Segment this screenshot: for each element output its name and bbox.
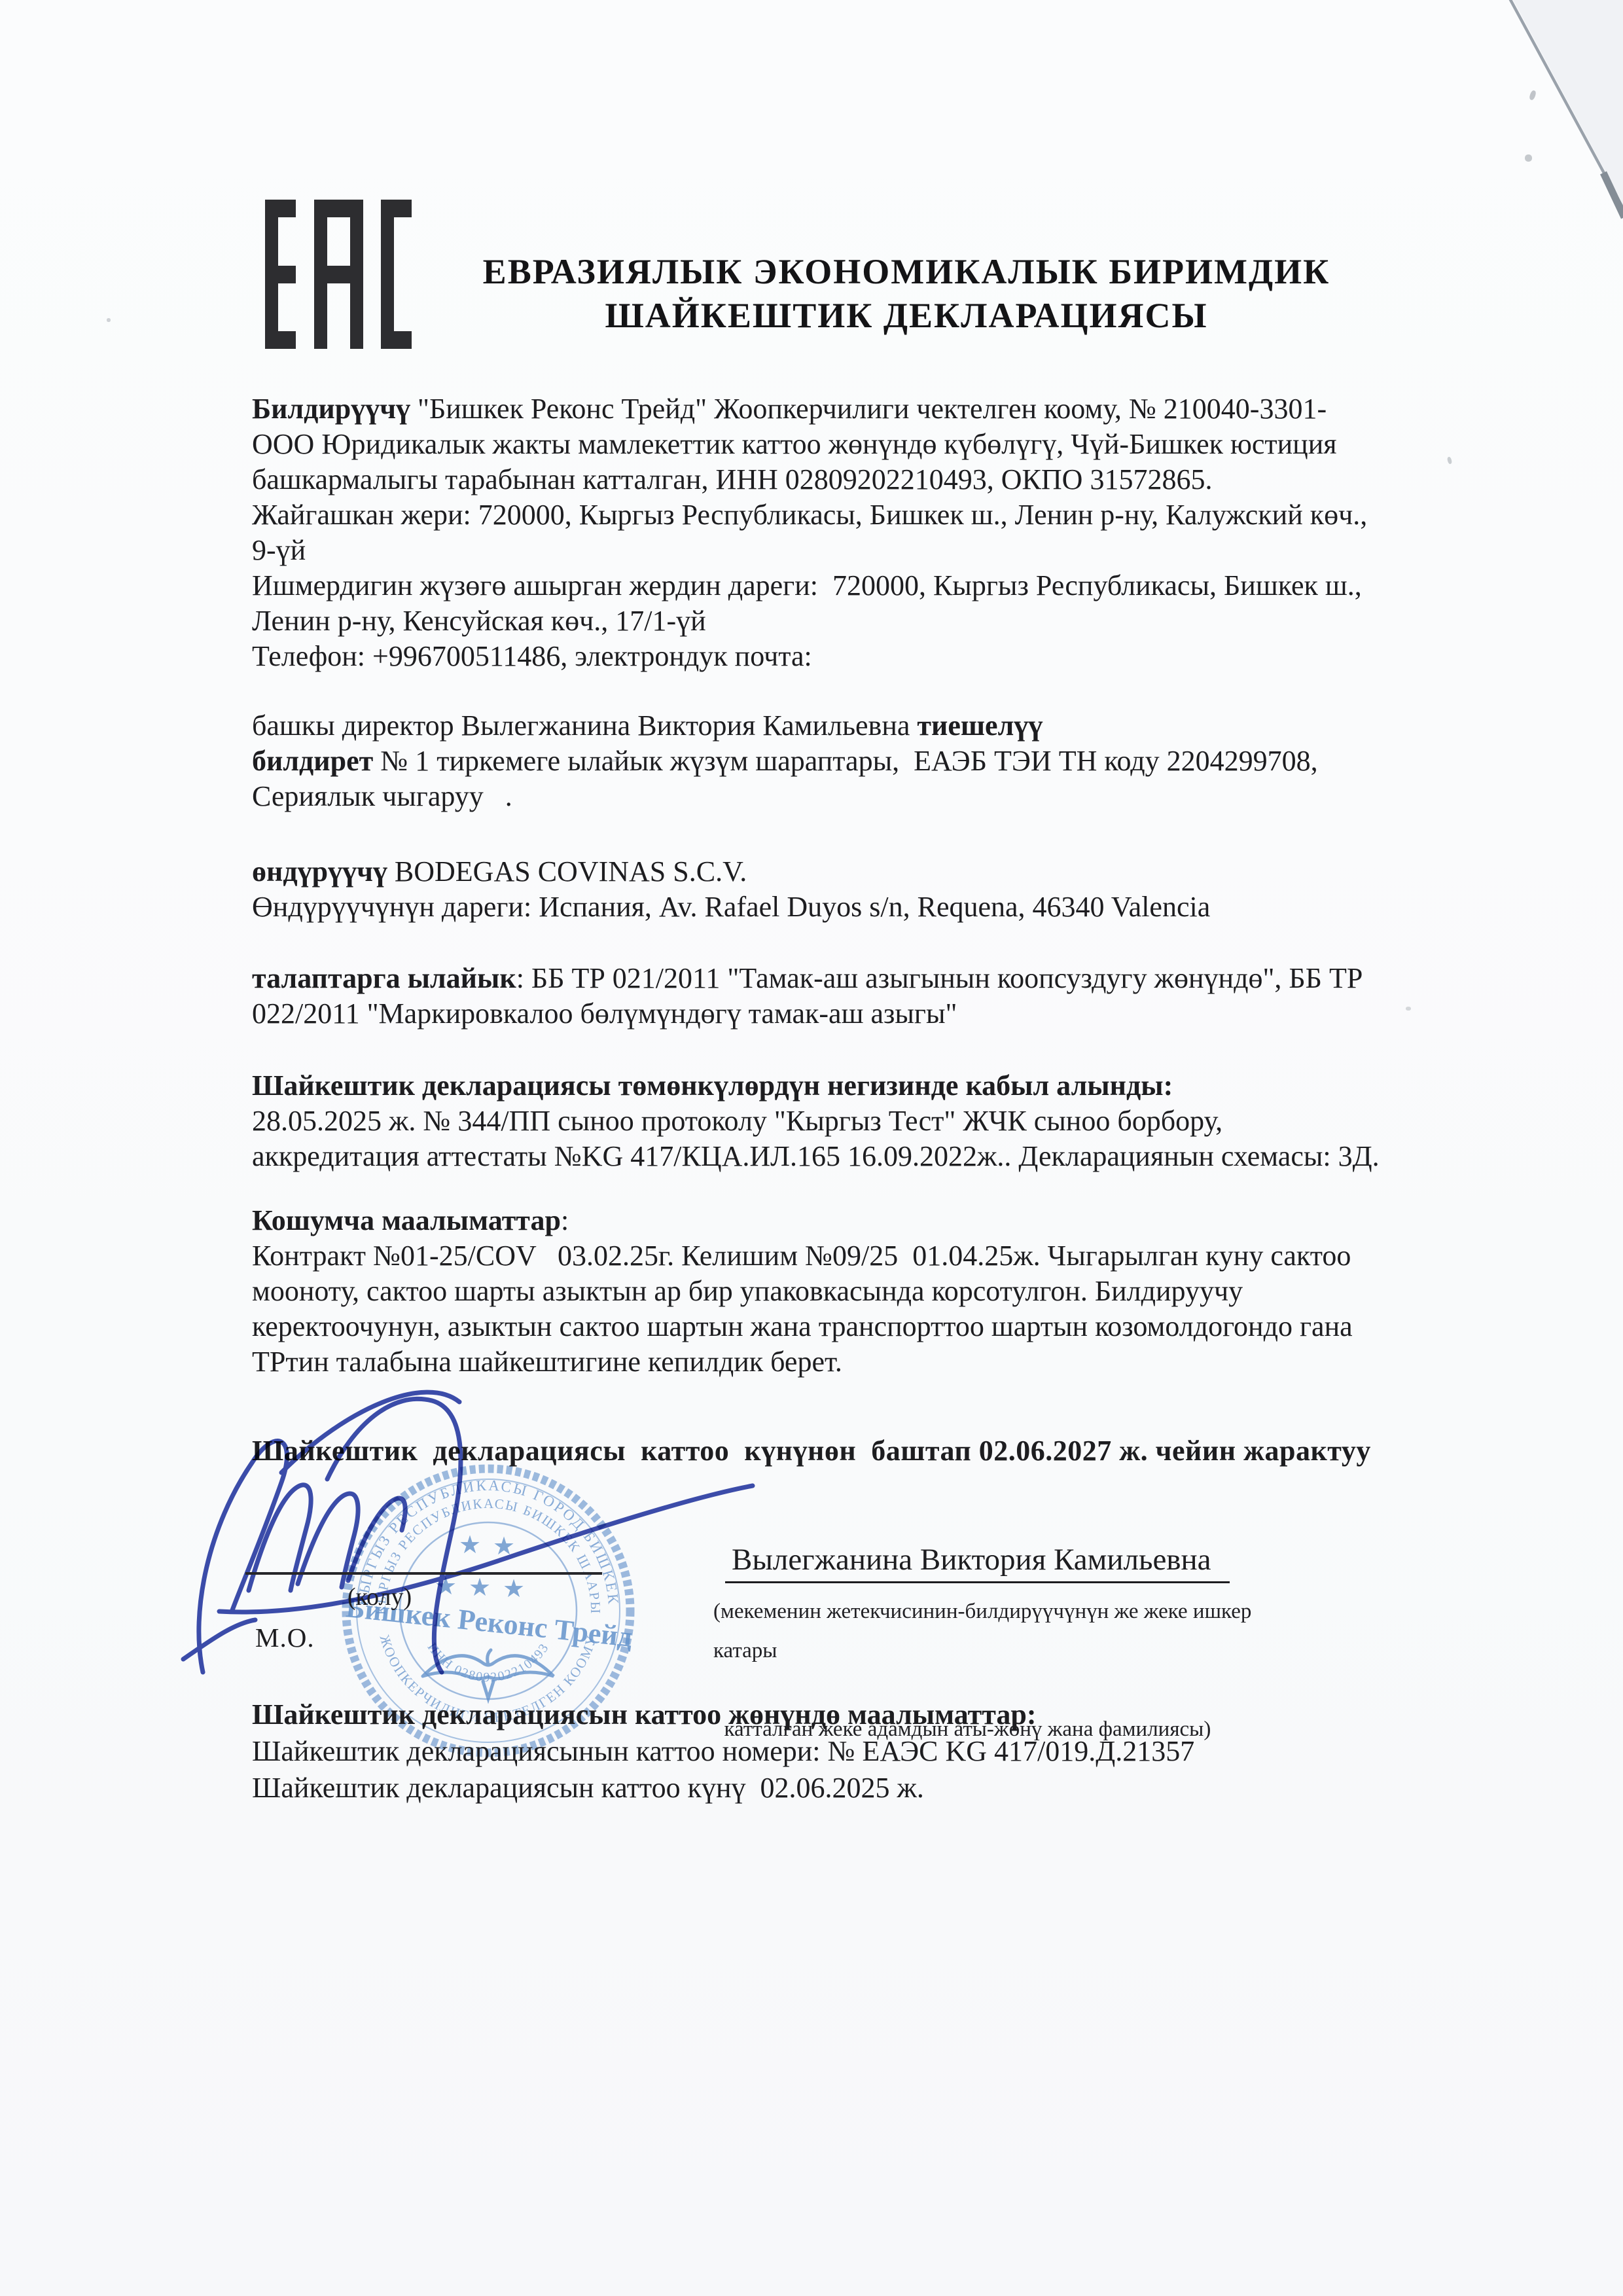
body-line: Телефон: +996700511486, электрондук почт… — [252, 639, 1436, 674]
body-line: башкы директор Вылегжанина Виктория Ками… — [252, 708, 1436, 744]
stamp-place-label: М.О. — [255, 1622, 315, 1653]
title-line-1: ЕВРАЗИЯЛЫК ЭКОНОМИКАЛЫК БИРИМДИК — [406, 250, 1407, 294]
signature-caption: (колу) — [308, 1583, 452, 1611]
body-line: 022/2011 "Маркировкалоо бөлүмүндөгү тама… — [252, 996, 1436, 1031]
body-line: мооноту, сактоо шарты азыктын ар бир упа… — [252, 1274, 1436, 1309]
declarant-name: Вылегжанина Виктория Камильевна — [725, 1542, 1230, 1583]
body-line: Кошумча маалыматтар: — [252, 1203, 1436, 1238]
scan-speck — [609, 759, 619, 762]
bold-run: Шайкештик декларациясын каттоо жөнүндө м… — [252, 1698, 1037, 1731]
signature-line — [245, 1572, 602, 1575]
bold-run: Шайкештик декларациясы төмөнкүлөрдүн нег… — [252, 1069, 1173, 1102]
basis-paragraph: Шайкештик декларациясы төмөнкүлөрдүн нег… — [252, 1068, 1436, 1174]
body-line: Ишмердигин жүзөгө ашырган жердин дареги:… — [252, 568, 1436, 603]
body-line: Жайгашкан жери: 720000, Кыргыз Республик… — [252, 497, 1436, 533]
body-line: билдирет № 1 тиркемеге ылайык жүзүм шара… — [252, 744, 1436, 779]
body-line: аккредитация аттестаты №KG 417/КЦА.ИЛ.16… — [252, 1139, 1436, 1174]
bold-run: билдирет — [252, 745, 373, 777]
title-line-2: ШАЙКЕШТИК ДЕКЛАРАЦИЯСЫ — [406, 294, 1407, 338]
note-line-1: (мекеменин жетекчисинин-билдирүүчүнүн же… — [713, 1600, 1257, 1662]
body-line: 9-үй — [252, 533, 1436, 568]
body-line: Билдирүүчү "Бишкек Реконс Трейд" Жоопкер… — [252, 391, 1436, 427]
text-run: "Бишкек Реконс Трейд" Жоопкерчилиги чект… — [410, 393, 1327, 425]
scan-speck — [107, 318, 111, 322]
body-line: Өндүрүүчүнүн дареги: Испания, Av. Rafael… — [252, 889, 1436, 925]
requirements-paragraph: талаптарга ылайык: ББ ТР 021/2011 "Тамак… — [252, 961, 1436, 1031]
body-line: талаптарга ылайык: ББ ТР 021/2011 "Тамак… — [252, 961, 1436, 996]
additional-info-paragraph: Кошумча маалыматтар: Контракт №01-25/COV… — [252, 1203, 1436, 1380]
text-run: : ББ ТР 021/2011 "Тамак-аш азыгынын кооп… — [516, 962, 1363, 994]
document-title: ЕВРАЗИЯЛЫК ЭКОНОМИКАЛЫК БИРИМДИК ШАЙКЕШТ… — [406, 250, 1407, 338]
body-line: Сериялык чыгаруу . — [252, 779, 1436, 814]
registration-info-paragraph: Шайкештик декларациясын каттоо жөнүндө м… — [252, 1696, 1436, 1806]
text-run: башкы директор Вылегжанина Виктория Ками… — [252, 709, 917, 742]
body-line: керектоочунун, азыктын сактоо шартын жан… — [252, 1309, 1436, 1344]
bold-run: Билдирүүчү — [252, 393, 410, 425]
body-line: ООО Юридикалык жакты мамлекеттик каттоо … — [252, 427, 1436, 462]
registration-header: Шайкештик декларациясын каттоо жөнүндө м… — [252, 1696, 1436, 1733]
registration-date-line: Шайкештик декларациясын каттоо күнү 02.0… — [252, 1770, 1436, 1806]
eac-letter-e — [265, 200, 296, 349]
eac-letter-a-bar — [327, 266, 350, 283]
declarant-paragraph: Билдирүүчү "Бишкек Реконс Трейд" Жоопкер… — [252, 391, 1436, 674]
body-line: Контракт №01-25/COV 03.02.25г. Келишим №… — [252, 1238, 1436, 1274]
body-line: өндүрүүчү BODEGAS COVINAS S.C.V. — [252, 854, 1436, 889]
registration-number-line: Шайкештик декларациясынын каттоо номери:… — [252, 1733, 1436, 1770]
eac-logo — [265, 200, 414, 349]
bold-run: талаптарга ылайык — [252, 962, 516, 994]
body-line: 28.05.2025 ж. № 344/ПП сыноо протоколу "… — [252, 1103, 1436, 1139]
bold-run: өндүрүүчү — [252, 855, 387, 888]
product-paragraph: башкы директор Вылегжанина Виктория Ками… — [252, 708, 1436, 814]
text-run: № 1 тиркемеге ылайык жүзүм шараптары, ЕА… — [373, 745, 1317, 777]
body-line: Ленин р-ну, Кенсуйская көч., 17/1-үй — [252, 603, 1436, 639]
bold-run: Кошумча маалыматтар — [252, 1204, 561, 1236]
page-corner-fold — [1492, 0, 1623, 226]
body-line: башкармалыгы тарабынан катталган, ИНН 02… — [252, 462, 1436, 497]
scan-speck — [1406, 1007, 1411, 1011]
scan-speck — [1447, 456, 1453, 464]
body-line: Шайкештик декларациясы төмөнкүлөрдүн нег… — [252, 1068, 1436, 1103]
manufacturer-paragraph: өндүрүүчү BODEGAS COVINAS S.C.V. Өндүрүү… — [252, 854, 1436, 925]
text-run: BODEGAS COVINAS S.C.V. — [387, 855, 747, 888]
text-run: : — [561, 1204, 569, 1236]
bold-run: тиешелүү — [917, 709, 1043, 742]
scan-speck — [1525, 154, 1532, 162]
scanned-declaration-page: ЕВРАЗИЯЛЫК ЭКОНОМИКАЛЫК БИРИМДИК ШАЙКЕШТ… — [0, 0, 1623, 2296]
